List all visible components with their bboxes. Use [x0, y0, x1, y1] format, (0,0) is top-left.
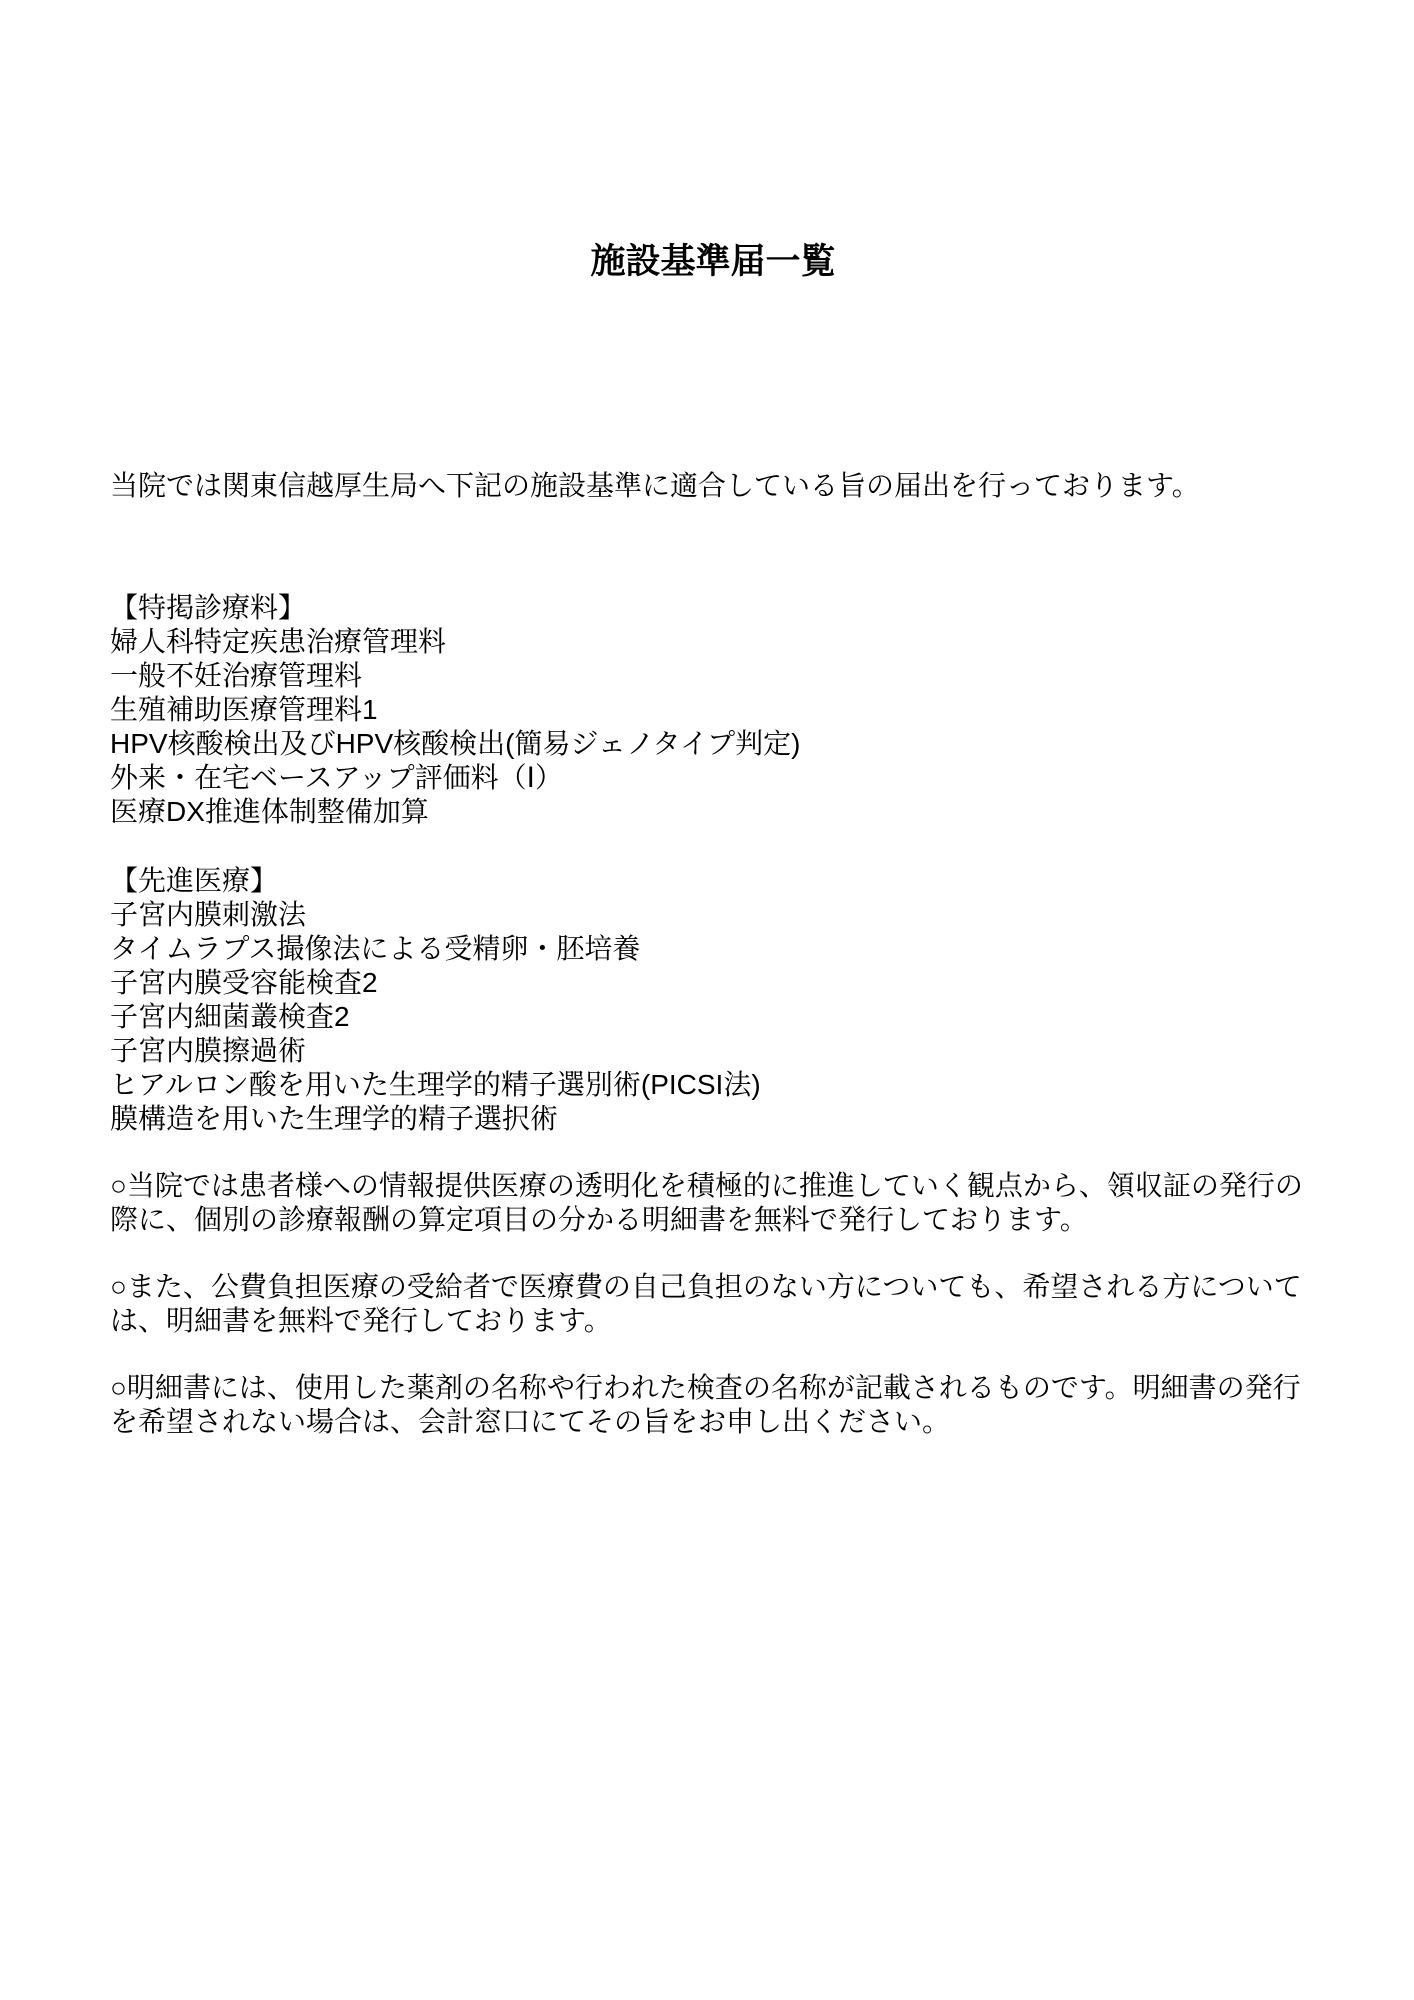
section-item: 子宮内膜擦過術: [110, 1034, 1316, 1068]
facility-standards-section: 【先進医療】子宮内膜刺激法タイムラプス撮像法による受精卵・胚培養子宮内膜受容能検…: [110, 864, 1316, 1136]
section-item: タイムラプス撮像法による受精卵・胚培養: [110, 932, 1316, 966]
note-paragraph: ○明細書には、使用した薬剤の名称や行われた検査の名称が記載されるものです。明細書…: [110, 1371, 1316, 1439]
section-item: 婦人科特定疾患治療管理料: [110, 625, 1316, 659]
section-item: 子宮内細菌叢検査2: [110, 1000, 1316, 1034]
section-item: 外来・在宅ベースアップ評価料（Ⅰ）: [110, 761, 1316, 795]
page-title: 施設基準届一覧: [110, 240, 1316, 284]
section-item: HPV核酸検出及びHPV核酸検出(簡易ジェノタイプ判定): [110, 727, 1316, 761]
note-paragraph: ○また、公費負担医療の受給者で医療費の自己負担のない方についても、希望される方に…: [110, 1270, 1316, 1338]
section-item: 医療DX推進体制整備加算: [110, 795, 1316, 829]
receipt-notes: ○当院では患者様への情報提供医療の透明化を積極的に推進していく観点から、領収証の…: [110, 1169, 1316, 1439]
section-item: 一般不妊治療管理料: [110, 659, 1316, 693]
note-paragraph: ○当院では患者様への情報提供医療の透明化を積極的に推進していく観点から、領収証の…: [110, 1169, 1316, 1237]
section-item: 生殖補助医療管理料1: [110, 693, 1316, 727]
section-item: ヒアルロン酸を用いた生理学的精子選別術(PICSI法): [110, 1068, 1316, 1102]
section-item: 子宮内膜受容能検査2: [110, 966, 1316, 1000]
section-heading: 【先進医療】: [110, 864, 1316, 898]
facility-standards-section: 【特掲診療料】婦人科特定疾患治療管理料一般不妊治療管理料生殖補助医療管理料1HP…: [110, 591, 1316, 829]
intro-paragraph: 当院では関東信越厚生局へ下記の施設基準に適合している旨の届出を行っております。: [110, 469, 1316, 503]
section-heading: 【特掲診療料】: [110, 591, 1316, 625]
facility-standards-sections: 【特掲診療料】婦人科特定疾患治療管理料一般不妊治療管理料生殖補助医療管理料1HP…: [110, 591, 1316, 1136]
document-page: 施設基準届一覧 当院では関東信越厚生局へ下記の施設基準に適合している旨の届出を行…: [0, 0, 1414, 2000]
section-item: 膜構造を用いた生理学的精子選択術: [110, 1102, 1316, 1136]
section-item: 子宮内膜刺激法: [110, 898, 1316, 932]
